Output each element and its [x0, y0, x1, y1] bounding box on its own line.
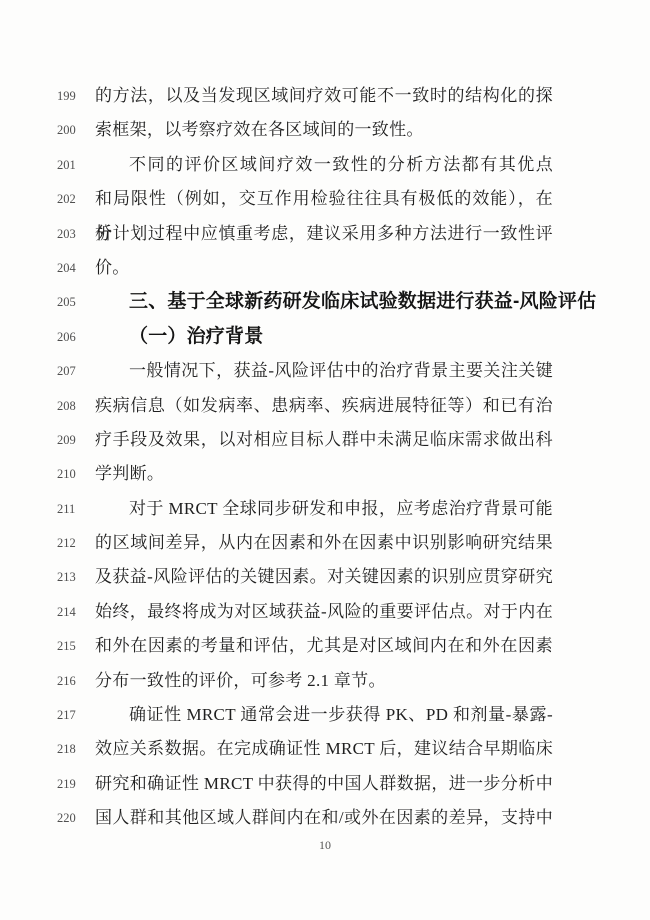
- document-line: 214 始终，最终将成为对区域获益-风险的重要评估点。对于内在: [0, 595, 650, 629]
- line-number: 204: [0, 251, 95, 285]
- line-text: 的区域间差异，从内在因素和外在因素中识别影响研究结果: [95, 526, 553, 560]
- document-text-block: 199 的方法，以及当发现区域间疗效可能不一致时的结构化的探 200 索框架，以…: [0, 79, 650, 836]
- line-text: 索框架，以考察疗效在各区域间的一致性。: [95, 113, 553, 147]
- document-line: 218 效应关系数据。在完成确证性 MRCT 后，建议结合早期临床: [0, 732, 650, 766]
- line-text: 疾病信息（如发病率、患病率、疾病进展特征等）和已有治: [95, 389, 553, 423]
- line-number: 203: [0, 217, 95, 251]
- document-line: 201 不同的评价区域间疗效一致性的分析方法都有其优点: [0, 148, 650, 182]
- document-line: 217 确证性 MRCT 通常会进一步获得 PK、PD 和剂量-暴露-: [0, 698, 650, 732]
- line-number: 199: [0, 79, 95, 113]
- document-page: 199 的方法，以及当发现区域间疗效可能不一致时的结构化的探 200 索框架，以…: [0, 0, 650, 920]
- line-number: 205: [0, 285, 95, 319]
- line-text: 对于 MRCT 全球同步研发和申报，应考虑治疗背景可能: [95, 492, 553, 526]
- document-line: 220 国人群和其他区域人群间内在和/或外在因素的差异，支持中: [0, 801, 650, 835]
- document-line: 207 一般情况下，获益-风险评估中的治疗背景主要关注关键: [0, 354, 650, 388]
- line-text: 疗手段及效果，以对相应目标人群中未满足临床需求做出科: [95, 423, 553, 457]
- line-number: 214: [0, 595, 95, 629]
- line-number: 201: [0, 148, 95, 182]
- line-number: 219: [0, 767, 95, 801]
- line-text: 国人群和其他区域人群间内在和/或外在因素的差异，支持中: [95, 801, 553, 835]
- line-text: 三、基于全球新药研发临床试验数据进行获益-风险评估: [95, 285, 553, 319]
- line-number: 202: [0, 182, 95, 216]
- line-number: 200: [0, 113, 95, 147]
- line-text: 的方法，以及当发现区域间疗效可能不一致时的结构化的探: [95, 79, 553, 113]
- line-number: 215: [0, 629, 95, 663]
- document-line: 204 价。: [0, 251, 650, 285]
- line-number: 217: [0, 698, 95, 732]
- line-text: 及获益-风险评估的关键因素。对关键因素的识别应贯穿研究: [95, 560, 553, 594]
- document-line: 205 三、基于全球新药研发临床试验数据进行获益-风险评估: [0, 285, 650, 319]
- line-text: 和局限性（例如，交互作用检验往往具有极低的效能），在分: [95, 182, 553, 216]
- document-line: 213 及获益-风险评估的关键因素。对关键因素的识别应贯穿研究: [0, 560, 650, 594]
- document-line: 206 （一）治疗背景: [0, 320, 650, 354]
- line-text: 始终，最终将成为对区域获益-风险的重要评估点。对于内在: [95, 595, 553, 629]
- line-number: 220: [0, 801, 95, 835]
- line-text: 析计划过程中应慎重考虑，建议采用多种方法进行一致性评: [95, 217, 553, 251]
- line-text: 研究和确证性 MRCT 中获得的中国人群数据，进一步分析中: [95, 767, 553, 801]
- document-line: 208 疾病信息（如发病率、患病率、疾病进展特征等）和已有治: [0, 389, 650, 423]
- line-text: 不同的评价区域间疗效一致性的分析方法都有其优点: [95, 148, 553, 182]
- line-text: 一般情况下，获益-风险评估中的治疗背景主要关注关键: [95, 354, 553, 388]
- document-line: 200 索框架，以考察疗效在各区域间的一致性。: [0, 113, 650, 147]
- line-number: 216: [0, 664, 95, 698]
- document-line: 199 的方法，以及当发现区域间疗效可能不一致时的结构化的探: [0, 79, 650, 113]
- document-line: 219 研究和确证性 MRCT 中获得的中国人群数据，进一步分析中: [0, 767, 650, 801]
- line-number: 207: [0, 354, 95, 388]
- document-line: 210 学判断。: [0, 457, 650, 491]
- line-number: 218: [0, 732, 95, 766]
- page-number: 10: [0, 838, 650, 853]
- document-line: 211 对于 MRCT 全球同步研发和申报，应考虑治疗背景可能: [0, 492, 650, 526]
- document-line: 209 疗手段及效果，以对相应目标人群中未满足临床需求做出科: [0, 423, 650, 457]
- document-line: 216 分布一致性的评价，可参考 2.1 章节。: [0, 664, 650, 698]
- document-line: 212 的区域间差异，从内在因素和外在因素中识别影响研究结果: [0, 526, 650, 560]
- line-text: （一）治疗背景: [95, 320, 553, 354]
- line-text: 和外在因素的考量和评估，尤其是对区域间内在和外在因素: [95, 629, 553, 663]
- line-text: 价。: [95, 251, 553, 285]
- line-text: 效应关系数据。在完成确证性 MRCT 后，建议结合早期临床: [95, 732, 553, 766]
- document-line: 215 和外在因素的考量和评估，尤其是对区域间内在和外在因素: [0, 629, 650, 663]
- document-line: 202 和局限性（例如，交互作用检验往往具有极低的效能），在分: [0, 182, 650, 216]
- line-number: 211: [0, 492, 95, 526]
- line-text: 分布一致性的评价，可参考 2.1 章节。: [95, 664, 553, 698]
- line-text: 确证性 MRCT 通常会进一步获得 PK、PD 和剂量-暴露-: [95, 698, 553, 732]
- line-number: 206: [0, 320, 95, 354]
- line-number: 213: [0, 560, 95, 594]
- line-number: 210: [0, 457, 95, 491]
- line-number: 208: [0, 389, 95, 423]
- line-text: 学判断。: [95, 457, 553, 491]
- document-line: 203 析计划过程中应慎重考虑，建议采用多种方法进行一致性评: [0, 217, 650, 251]
- line-number: 212: [0, 526, 95, 560]
- line-number: 209: [0, 423, 95, 457]
